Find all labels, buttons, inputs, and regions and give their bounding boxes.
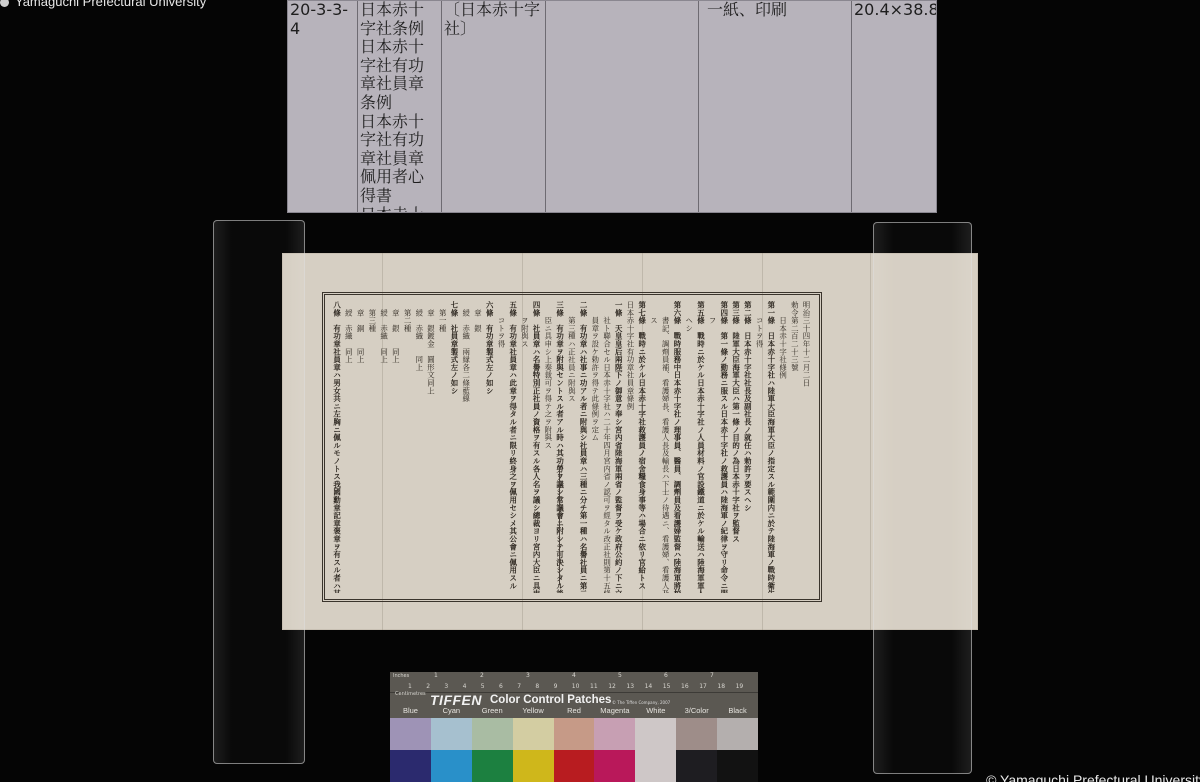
- patch-column: [431, 718, 472, 782]
- ruler-inch-tick: 3: [526, 672, 530, 679]
- document-text-column: フ: [708, 301, 717, 593]
- ruler-cm-tick: 19: [736, 683, 744, 690]
- patch-dark: [431, 750, 472, 782]
- catalog-line: 条例: [360, 94, 439, 113]
- document-text-column: 第二種: [403, 301, 412, 593]
- ruler-cm-tick: 15: [663, 683, 671, 690]
- document-text-column: 第六條 戰時服務中日本赤十字社ノ理事員、醫員、調劑員及看護婦監督ハ陸海軍將校相當…: [673, 301, 682, 593]
- document-text-column: 第三種ハ正社員ニ附與ス: [568, 301, 577, 593]
- document-text-column: ス: [650, 301, 659, 593]
- patch-light: [676, 718, 717, 750]
- catalog-line: 章社員章: [360, 75, 439, 94]
- color-patches: [390, 718, 758, 782]
- document-text-column: 八條 有功章社員章ハ男女共ニ左胸ニ佩ルモノトス我國勳章記章褒章ヲ有スル者ハ其後ニ…: [333, 301, 342, 593]
- vertical-text-columns: 明治三十四年十二月二日勅令第二百二十三號 日本赤十字社條例第一條 日本赤十字社ハ…: [333, 301, 811, 593]
- ruler: Inches 123456712345678910111213141516171…: [390, 672, 758, 693]
- catalog-line: 字社有功: [360, 57, 439, 76]
- catalog-line: 日本赤十: [360, 38, 439, 57]
- document-text-column: 第三條 陸軍大臣海軍大臣ハ第一條ノ目的ノ為日本赤十字社ヲ監督ス: [732, 301, 741, 593]
- patch-column: [554, 718, 595, 782]
- catalog-line: 字社条例: [360, 20, 439, 39]
- patch-dark: [390, 750, 431, 782]
- ruler-cm-tick: 2: [426, 683, 430, 690]
- patch-label: Yellow: [513, 706, 554, 715]
- catalog-line: 章社員章: [360, 150, 439, 169]
- ruler-inches-label: Inches: [393, 673, 409, 679]
- ruler-cm-tick: 6: [499, 683, 503, 690]
- patch-light: [513, 718, 554, 750]
- document-text-column: ヲ附與ス: [521, 301, 530, 593]
- ruler-cm-label: Centimetres: [395, 691, 426, 697]
- ruler-inch-tick: 7: [710, 672, 714, 679]
- ruler-cm-tick: 14: [645, 683, 653, 690]
- patch-column: [594, 718, 635, 782]
- patch-light: [472, 718, 513, 750]
- document-text-column: 七條 社員章製式左ノ如シ: [450, 301, 459, 593]
- ruler-inch-tick: 2: [480, 672, 484, 679]
- document-text-column: 社ト聯合セル日本赤十字社ハ二十年四月宮内省ノ認可ヲ經タル改正社則第十五條ニ基キ有…: [603, 301, 612, 593]
- document-text-column: ヘシ: [685, 301, 694, 593]
- document-text-column: 臣ニ具申シ上奏裁可ヲ得テ之ヲ附與ス: [544, 301, 553, 593]
- document-text-column: 綬 赤織 同上: [380, 301, 389, 593]
- patch-dark: [472, 750, 513, 782]
- catalog-line: 20.4×38.8: [854, 1, 936, 20]
- ruler-inch-tick: 4: [572, 672, 576, 679]
- patch-dark: [676, 750, 717, 782]
- catalog-col-size: 20.4×38.8: [852, 1, 937, 212]
- document-text-column: 一條 天皇皇后兩陛下ノ御意ヲ奉シ宮内省陸海軍兩省ノ監督ヲ受ケ政府公約ノ下ニ立テ欧…: [615, 301, 624, 593]
- ruler-inch-tick: 5: [618, 672, 622, 679]
- logo-icon: [0, 0, 9, 7]
- ruler-cm-tick: 5: [481, 683, 485, 690]
- catalog-col-date: [546, 1, 699, 212]
- catalog-col-title: 日本赤十字社条例日本赤十字社有功章社員章条例日本赤十字社有功章社員章佩用者心得書…: [358, 1, 442, 212]
- document-text-column: 綬 赤織 兩縁各二條藍線: [462, 301, 471, 593]
- document-text-column: 章 銀 同上: [392, 301, 401, 593]
- document-text-column: 第七條 戰時ニ於ケル日本赤十字社救護員ノ宿舍糧食身事等ハ場合ニ依リ官給トス: [638, 301, 647, 593]
- watermark-top-text: Yamaguchi Prefectural University: [15, 0, 206, 9]
- color-calibration-chart: Inches 123456712345678910111213141516171…: [390, 672, 758, 782]
- catalog-line: 日本赤十: [360, 1, 439, 20]
- catalog-card: 20-3-3-4 日本赤十字社条例日本赤十字社有功章社員章条例日本赤十字社有功章…: [287, 0, 937, 213]
- document-text-column: 二條 有功章ハ社事ニ功アル者ニ附與シ社員章ハ三種ニ分チ第一種ハ名譽社員ニ第二種ハ…: [579, 301, 588, 593]
- patch-label: 3/Color: [676, 706, 717, 715]
- catalog-line: 日本赤十: [360, 206, 439, 212]
- document-text-column: 章 銀鍍金 圓形文同上: [427, 301, 436, 593]
- patch-label: White: [635, 706, 676, 715]
- document-text-column: 第一種: [439, 301, 448, 593]
- patch-dark: [717, 750, 758, 782]
- document-text-column: 第一條 日本赤十字社ハ陸軍大臣海軍大臣ノ指定スル範圍内ニ於テ陸海軍ノ戰時衛生勤務…: [767, 301, 776, 593]
- ruler-inch-tick: 1: [434, 672, 438, 679]
- patch-label: Red: [554, 706, 595, 715]
- ruler-cm-tick: 11: [590, 683, 598, 690]
- document-text-column: コトヲ得: [755, 301, 764, 593]
- catalog-line: 〔日本赤十字: [444, 1, 543, 20]
- catalog-line: 20-3-3-: [290, 1, 355, 20]
- patch-light: [431, 718, 472, 750]
- document-text-column: 明治三十四年十二月二日: [802, 301, 811, 593]
- document-text-column: 綬 赤織 同上: [415, 301, 424, 593]
- patch-column: [390, 718, 431, 782]
- printed-text-block: 明治三十四年十二月二日勅令第二百二十三號 日本赤十字社條例第一條 日本赤十字社ハ…: [322, 292, 822, 602]
- patch-label: Cyan: [431, 706, 472, 715]
- catalog-line: 4: [290, 20, 355, 39]
- catalog-line: 社〕: [444, 20, 543, 39]
- catalog-col-id: 20-3-3-4: [288, 1, 358, 212]
- watermark-bottom: © Yamaguchi Prefectural University: [986, 772, 1200, 782]
- ruler-cm-tick: 16: [681, 683, 689, 690]
- patch-dark: [635, 750, 676, 782]
- patch-column: [717, 718, 758, 782]
- watermark-top: Yamaguchi Prefectural University: [0, 0, 206, 9]
- patch-light: [717, 718, 758, 750]
- patch-light: [635, 718, 676, 750]
- patch-light: [554, 718, 595, 750]
- ruler-cm-tick: 9: [554, 683, 558, 690]
- acrylic-bar-right: [873, 222, 972, 774]
- section-divider: [559, 467, 560, 585]
- catalog-col-creator: 〔日本赤十字社〕: [442, 1, 546, 212]
- document-text-column: 日本赤十字社條例: [779, 301, 788, 593]
- document-text-column: 綬 赤織 同上: [345, 301, 354, 593]
- ruler-cm-tick: 12: [608, 683, 616, 690]
- catalog-line: 一紙、印刷: [707, 1, 849, 20]
- ruler-cm-tick: 4: [463, 683, 467, 690]
- document-text-column: 書記、調劑員補、看護婦長、看護人長及輸長ハ下士ノ待遇ニ、看護婦、看護人及輸送人ハ…: [661, 301, 670, 593]
- patch-light: [390, 718, 431, 750]
- catalog-line: 字社有功: [360, 131, 439, 150]
- document-text-column: 員章ヲ設ケ勅許ヲ得テ此條例ヲ定ム: [591, 301, 600, 593]
- patch-column: [472, 718, 513, 782]
- document-text-column: 四條 社員章ハ名譽特別正社員ノ資格ヲ有スル各人名ヲ議シ總裁ヨリ宮内大臣ニ具申シ上…: [532, 301, 541, 593]
- document-text-column: 第四條 第一條ノ勤務ニ服スル日本赤十字社ノ救護員ハ陸海軍ノ紀律ヲ守リ命令ニ服スル…: [720, 301, 729, 593]
- catalog-line: 日本赤十: [360, 113, 439, 132]
- catalog-line: 得書: [360, 187, 439, 206]
- catalog-line: 佩用者心: [360, 168, 439, 187]
- ruler-cm-tick: 3: [444, 683, 448, 690]
- ruler-inch-tick: 6: [664, 672, 668, 679]
- patch-column: [513, 718, 554, 782]
- document-text-column: 六條 有功章製式左ノ如シ: [485, 301, 494, 593]
- catalog-col-format: 一紙、印刷: [699, 1, 852, 212]
- patch-dark: [513, 750, 554, 782]
- document-text-column: コトヲ得: [497, 301, 506, 593]
- fold-line: [870, 253, 871, 630]
- ruler-cm-tick: 17: [699, 683, 707, 690]
- catalog-line: [548, 1, 696, 20]
- document-text-column: 章 銀: [474, 301, 483, 593]
- document-text-column: 第五條 戰時ニ於ケル日本赤十字社ノ人員材料ノ官設鐵道ニ於ケル輸送ハ陸海軍軍人及軍…: [697, 301, 706, 593]
- ruler-cm-tick: 18: [717, 683, 725, 690]
- acrylic-bar-left: [213, 220, 305, 764]
- patch-label: Black: [717, 706, 758, 715]
- patch-dark: [554, 750, 595, 782]
- patch-dark: [594, 750, 635, 782]
- document-text-column: 第三種: [368, 301, 377, 593]
- document-text-column: 三條 有功章ヲ附與セントスル者アル時ハ其功勞ヲ議シ常議會ニ附シテ可決シタル後總裁…: [556, 301, 565, 593]
- patch-labels: BlueCyanGreenYellowRedMagentaWhite3/Colo…: [390, 706, 758, 715]
- patch-label: Green: [472, 706, 513, 715]
- ruler-cm-tick: 1: [408, 683, 412, 690]
- document-text-column: 五條 有功章社員章ハ此章ヲ得タル者ニ限リ終身之ヲ佩用セシメ其公會ニ佩用スル: [509, 301, 518, 593]
- ruler-cm-tick: 10: [572, 683, 580, 690]
- patch-column: [635, 718, 676, 782]
- document-text-column: 章 銅 同上: [356, 301, 365, 593]
- chart-title: Color Control Patches: [490, 694, 611, 706]
- patch-column: [676, 718, 717, 782]
- ruler-cm-tick: 7: [517, 683, 521, 690]
- ruler-cm-tick: 13: [626, 683, 634, 690]
- document-text-column: 勅令第二百二十三號: [791, 301, 800, 593]
- ruler-cm-tick: 8: [535, 683, 539, 690]
- document-text-column: 第二條 日本赤十字社社長及副社長ノ就任ハ勅許ヲ要スヘシ: [744, 301, 753, 593]
- patch-label: Magenta: [594, 706, 635, 715]
- document-text-column: 日本赤十字社有功章社員章條例: [626, 301, 635, 593]
- chart-copyright: © The Tiffen Company, 2007: [612, 700, 670, 705]
- patch-label: Blue: [390, 706, 431, 715]
- patch-light: [594, 718, 635, 750]
